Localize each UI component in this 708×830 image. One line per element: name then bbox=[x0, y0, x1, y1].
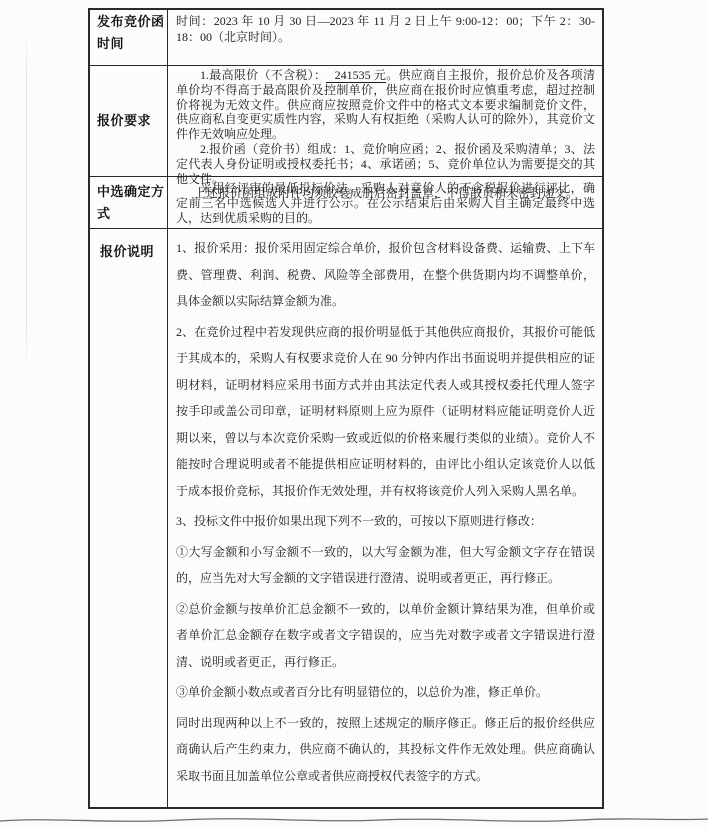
bidding-info-table: 发布竞价函时间 时间：2023 年 10 月 30 日—2023 年 11 月 … bbox=[88, 8, 604, 809]
quote-notes-paragraph-2: 2、在竞价过程中若发现供应商的报价明显低于其他供应商报价，其报价可能低于其成本的… bbox=[176, 319, 595, 505]
label-winner-determination: 中选确定方式 bbox=[90, 177, 168, 228]
label-release-time-text: 发布竞价函时间 bbox=[97, 14, 165, 51]
release-time-paragraph: 时间：2023 年 10 月 30 日—2023 年 11 月 2 日上午 9:… bbox=[176, 14, 595, 45]
label-winner-determination-text: 中选确定方式 bbox=[97, 181, 165, 225]
table-row-quote-requirements: 报价要求 1.最高限价（不含税）： 241535 元。供应商自主报价，报价总价及… bbox=[90, 66, 602, 177]
scanned-document-page: 发布竞价函时间 时间：2023 年 10 月 30 日—2023 年 11 月 … bbox=[0, 0, 708, 830]
table-row-release-time: 发布竞价函时间 时间：2023 年 10 月 30 日—2023 年 11 月 … bbox=[90, 10, 602, 66]
scan-fold-artifact bbox=[26, 28, 27, 373]
label-release-time: 发布竞价函时间 bbox=[90, 10, 168, 65]
table-row-winner-determination: 中选确定方式 采用经评审的最低投标价法。采购人对竞价人的不含税报价进行评比，确定… bbox=[90, 177, 602, 229]
quote-notes-paragraph-3: 3、投标文件中报价如果出现下列不一致的，可按以下原则进行修改： bbox=[176, 508, 595, 535]
quote-notes-paragraph-6: ③单价金额小数点或者百分比有明显错位的，以总价为准，修正单价。 bbox=[176, 679, 595, 706]
quote-notes-paragraph-1: 1、报价采用：报价采用固定综合单价，报价包含材料设备费、运输费、上下车费、管理费… bbox=[176, 235, 595, 315]
price-limit-paragraph: 1.最高限价（不含税）： 241535 元。供应商自主报价，报价总价及各项清单价… bbox=[176, 68, 595, 142]
quote-notes-paragraph-5: ②总价金额与按单价汇总金额不一致的，以单价金额计算结果为准，但单价或者单价汇总金… bbox=[176, 596, 595, 676]
content-quote-requirements: 1.最高限价（不含税）： 241535 元。供应商自主报价，报价总价及各项清单价… bbox=[168, 66, 602, 176]
table-row-quote-notes: 报价说明 1、报价采用：报价采用固定综合单价，报价包含材料设备费、运输费、上下车… bbox=[90, 229, 602, 807]
price-limit-prefix: 1.最高限价（不含税）： bbox=[200, 68, 326, 82]
label-quote-notes: 报价说明 bbox=[90, 229, 168, 807]
quote-notes-paragraph-4: ①大写金额和小写金额不一致的，以大写金额为准，但大写金额文字存在错误的，应当先对… bbox=[176, 539, 595, 592]
label-quote-requirements-text: 报价要求 bbox=[97, 110, 151, 132]
quote-notes-paragraph-7: 同时出现两种以上不一致的，按照上述规定的顺序修正。修正后的报价经供应商确认后产生… bbox=[176, 710, 595, 790]
scan-edge-artifact bbox=[0, 812, 708, 828]
content-quote-notes: 1、报价采用：报价采用固定综合单价，报价包含材料设备费、运输费、上下车费、管理费… bbox=[168, 229, 602, 807]
content-release-time: 时间：2023 年 10 月 30 日—2023 年 11 月 2 日上午 9:… bbox=[168, 10, 602, 65]
price-value-underlined: 241535 元 bbox=[326, 68, 386, 83]
winner-determination-paragraph: 采用经评审的最低投标价法。采购人对竞价人的不含税报价进行评比，确定前三名中选候选… bbox=[176, 181, 595, 225]
label-quote-notes-text: 报价说明 bbox=[100, 244, 154, 259]
label-quote-requirements: 报价要求 bbox=[90, 66, 168, 176]
content-winner-determination: 采用经评审的最低投标价法。采购人对竞价人的不含税报价进行评比，确定前三名中选候选… bbox=[168, 177, 602, 228]
